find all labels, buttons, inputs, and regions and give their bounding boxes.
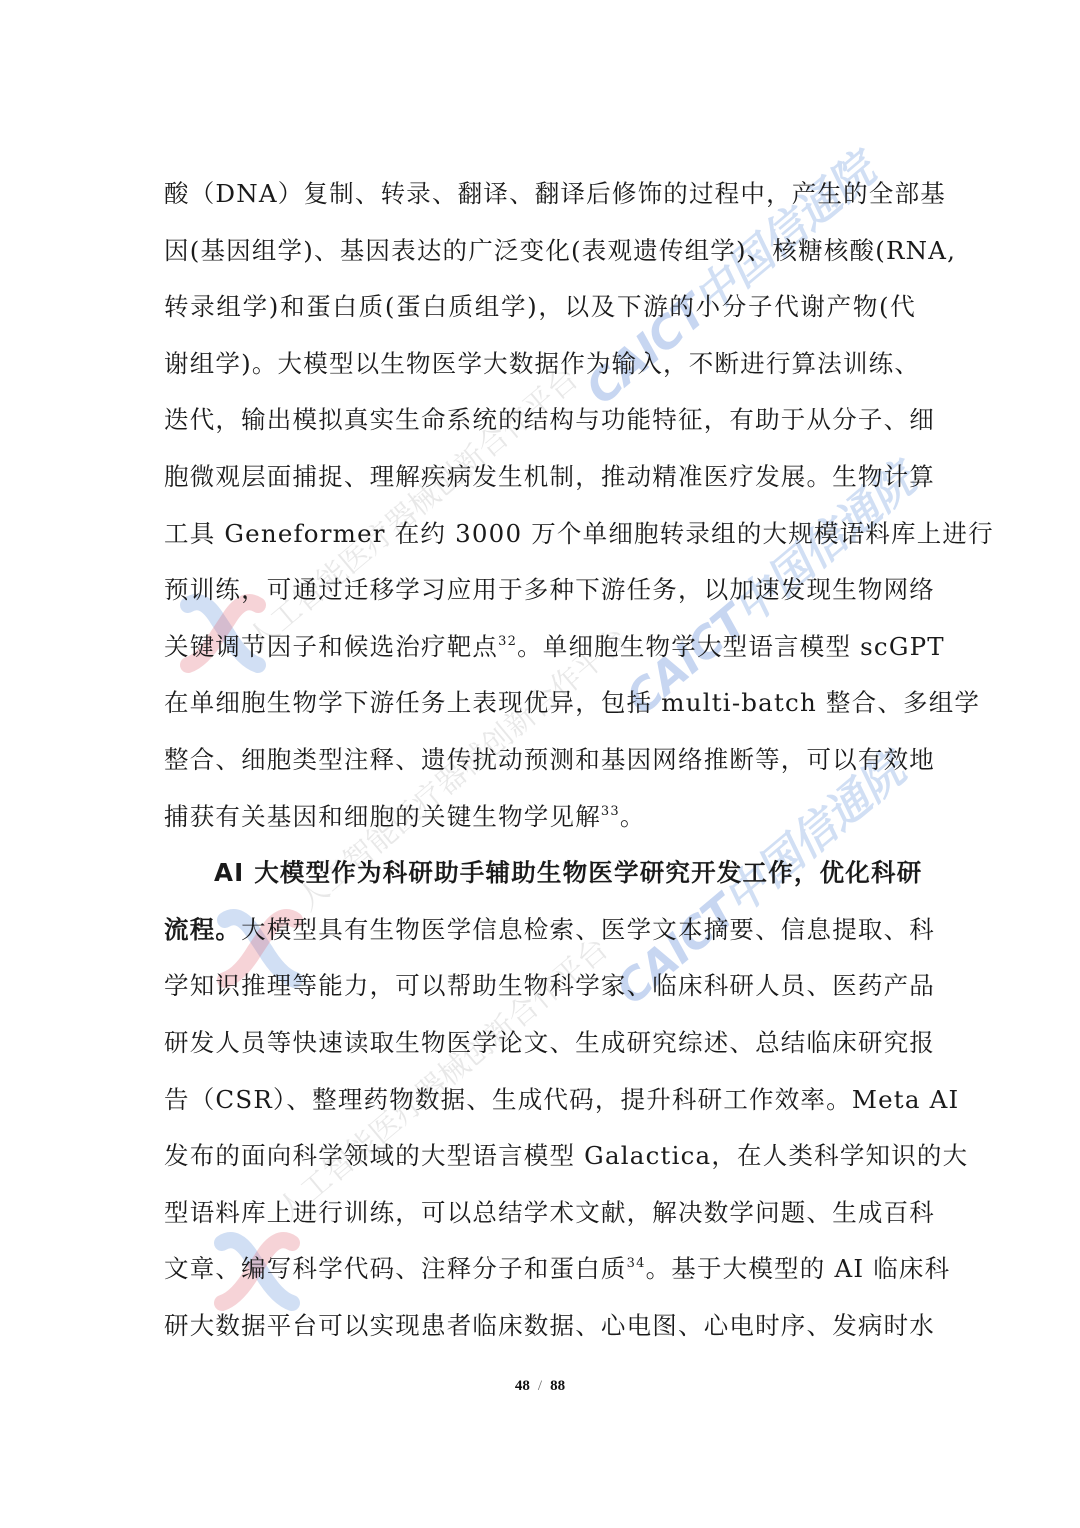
- text-line: 谢组学)。大模型以生物医学大数据作为输入，不断进行算法训练、: [164, 336, 916, 393]
- current-page: 48: [515, 1378, 530, 1394]
- text-line: 胞微观层面捕捉、理解疾病发生机制，推动精准医疗发展。生物计算: [164, 449, 916, 506]
- document-page: CAICT中国信通院 CAICT中国信通院 CAICT中国信通院 人工智能医疗器…: [0, 0, 1080, 1528]
- footnote-ref-34[interactable]: 34: [627, 1256, 646, 1271]
- text-line: 发布的面向科学领域的大型语言模型 Galactica，在人类科学知识的大: [164, 1128, 916, 1185]
- text-line: 文章、编写科学代码、注释分子和蛋白质34。基于大模型的 AI 临床科: [164, 1241, 916, 1298]
- text-line: 预训练，可通过迁移学习应用于多种下游任务，以加速发现生物网络: [164, 562, 916, 619]
- total-pages: 88: [550, 1378, 565, 1394]
- text-line: 酸（DNA）复制、转录、翻译、翻译后修饰的过程中，产生的全部基: [164, 166, 916, 223]
- paragraph-heading: AI 大模型作为科研助手辅助生物医学研究开发工作，优化科研: [164, 845, 916, 902]
- footnote-ref-33[interactable]: 33: [601, 804, 620, 819]
- text-line: 学知识推理等能力，可以帮助生物科学家、临床科研人员、医药产品: [164, 958, 916, 1015]
- text-line: 转录组学)和蛋白质(蛋白质组学)，以及下游的小分子代谢产物(代: [164, 279, 916, 336]
- paragraph-research-assistant: AI 大模型作为科研助手辅助生物医学研究开发工作，优化科研 流程。大模型具有生物…: [164, 845, 916, 1354]
- body-text: 酸（DNA）复制、转录、翻译、翻译后修饰的过程中，产生的全部基 因(基因组学)、…: [164, 166, 916, 1354]
- footnote-ref-32[interactable]: 32: [498, 634, 517, 649]
- text-line: 型语料库上进行训练，可以总结学术文献，解决数学问题、生成百科: [164, 1185, 916, 1242]
- text-line: 流程。大模型具有生物医学信息检索、医学文本摘要、信息提取、科: [164, 902, 916, 959]
- paragraph-omics: 酸（DNA）复制、转录、翻译、翻译后修饰的过程中，产生的全部基 因(基因组学)、…: [164, 166, 916, 845]
- text-line: 整合、细胞类型注释、遗传扰动预测和基因网络推断等，可以有效地: [164, 732, 916, 789]
- text-line: 关键调节因子和候选治疗靶点32。单细胞生物学大型语言模型 scGPT: [164, 619, 916, 676]
- text-line: 研大数据平台可以实现患者临床数据、心电图、心电时序、发病时水: [164, 1298, 916, 1355]
- text-line: 捕获有关基因和细胞的关键生物学见解33。: [164, 789, 916, 846]
- text-line: 因(基因组学)、基因表达的广泛变化(表观遗传组学)、核糖核酸(RNA,: [164, 223, 916, 280]
- page-separator: /: [538, 1378, 542, 1394]
- text-line: 迭代，输出模拟真实生命系统的结构与功能特征，有助于从分子、细: [164, 392, 916, 449]
- text-line: 在单细胞生物学下游任务上表现优异，包括 multi-batch 整合、多组学: [164, 675, 916, 732]
- page-number: 48/88: [0, 1378, 1080, 1395]
- text-line: 工具 Geneformer 在约 3000 万个单细胞转录组的大规模语料库上进行: [164, 506, 916, 563]
- text-line: 研发人员等快速读取生物医学论文、生成研究综述、总结临床研究报: [164, 1015, 916, 1072]
- text-line: 告（CSR）、整理药物数据、生成代码，提升科研工作效率。Meta AI: [164, 1072, 916, 1129]
